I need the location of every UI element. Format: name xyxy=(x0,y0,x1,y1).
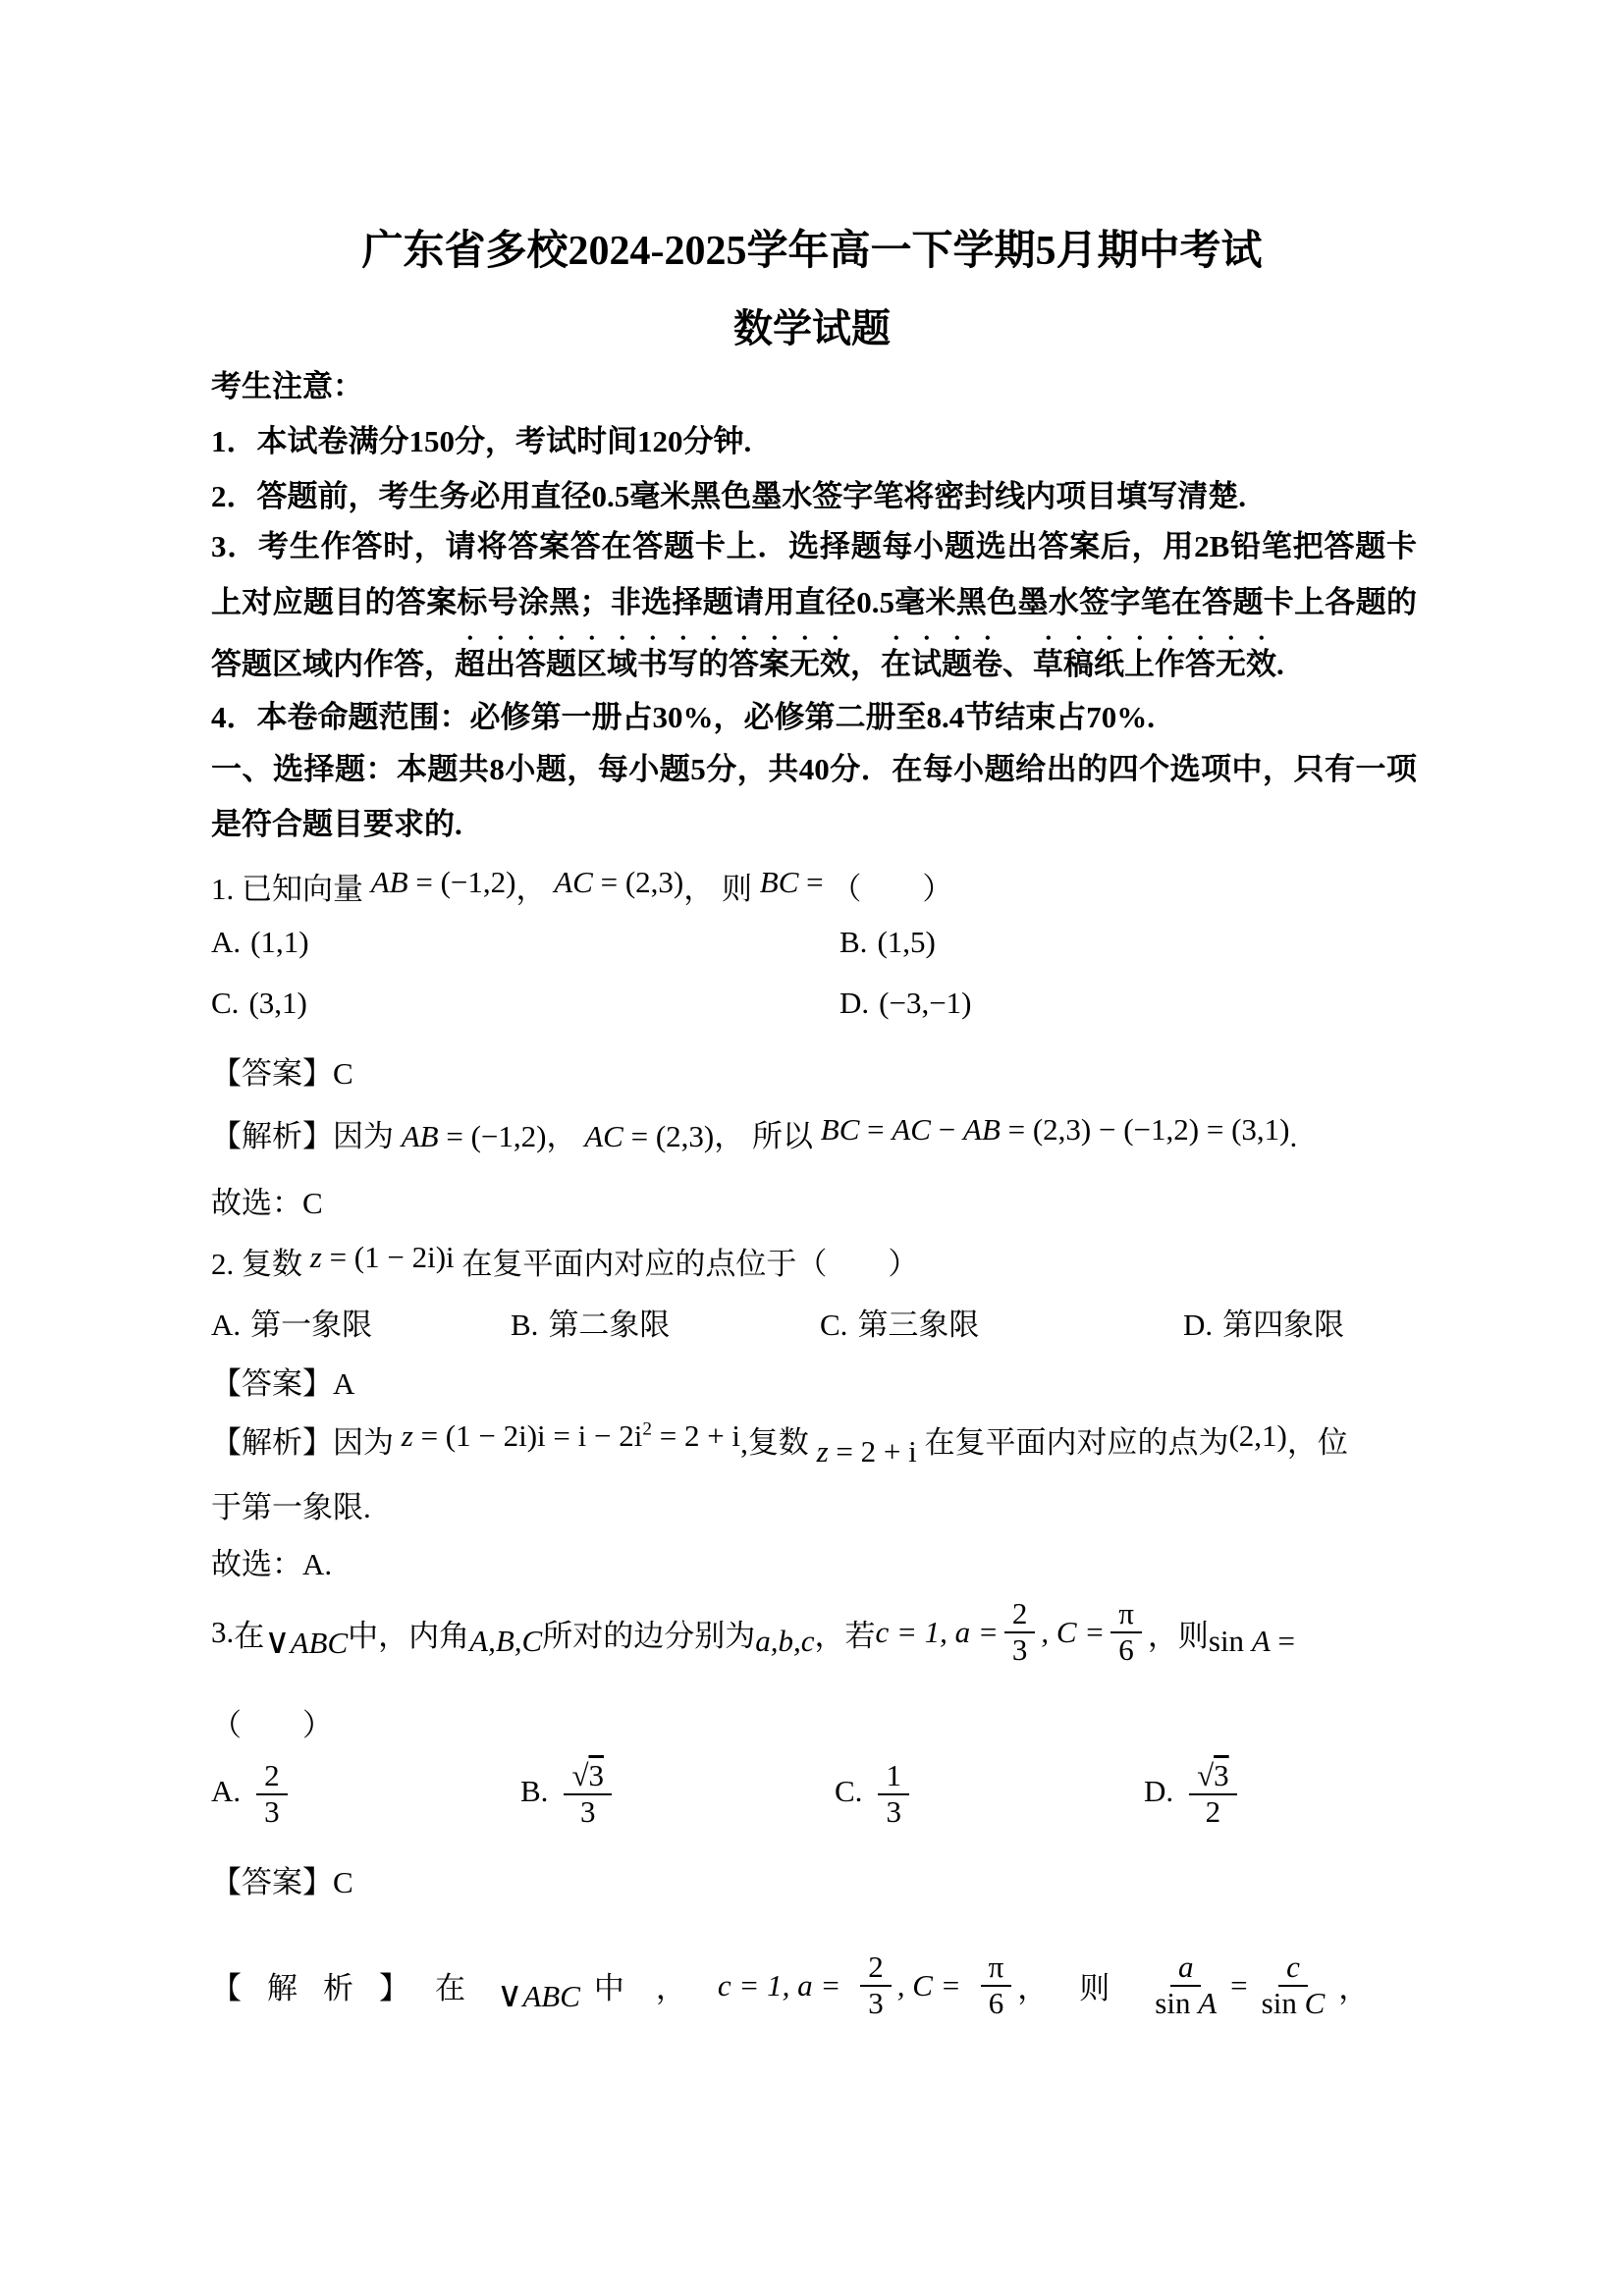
section-1-heading: 一、选择题：本题共8小题，每小题5分，共40分．在每小题给出的四个选项中，只有一… xyxy=(211,742,1417,852)
q3-options-row: A.23 B.√33 C.13 D.√32 xyxy=(211,1759,1417,1857)
q1-math-ac: AC xyxy=(554,865,593,899)
q1-options-row-1: A.(1,1) B.(1,5) xyxy=(211,925,1417,993)
page-title: 广东省多校2024-2025学年高一下学期5月期中考试 xyxy=(0,218,1624,277)
q1-choose-line: 故选：C xyxy=(211,1178,1417,1222)
q3-option-a: A.23 xyxy=(211,1759,294,1829)
q3-answer-line: 【答案】C xyxy=(211,1857,1417,1901)
q1-analysis-because: 因为 xyxy=(333,1119,394,1153)
q2-option-a: A.第一象限 xyxy=(211,1300,372,1344)
q3-fraction-c: π6 xyxy=(1110,1597,1142,1667)
exam-document-page: 广东省多校2024-2025学年高一下学期5月期中考试 数学试题 考生注意： 1… xyxy=(0,0,1624,2296)
q3-option-b: B.√33 xyxy=(520,1759,618,1829)
q1-analysis-tag: 【解析】 xyxy=(211,1119,333,1153)
q2-answer-tag: 【答案】 xyxy=(211,1366,333,1401)
q2-option-c: C.第三象限 xyxy=(820,1300,979,1344)
notice-item-4: 4．本卷命题范围：必修第一册占30%，必修第二册至8.4节结束占70%. xyxy=(211,692,1417,736)
q3-sine-fraction-a: asin A xyxy=(1147,1950,1224,2020)
q1-math-ac-val: = (2,3) xyxy=(593,865,683,899)
notice-item-3-emphasis-3: 草稿纸上作答无效 xyxy=(1033,647,1276,681)
q1-number: 1. xyxy=(211,872,234,906)
notice-item-3-emphasis-2: 在试题卷 xyxy=(881,647,1002,681)
radical-sign: √ xyxy=(1197,1758,1214,1792)
q3-analysis-tag: 【解析】 xyxy=(211,1963,435,2007)
q1-math-ab-val: = (−1,2) xyxy=(408,865,516,899)
q3-number: 3. xyxy=(211,1615,234,1650)
q1-comma-2: ， xyxy=(683,872,714,906)
notice-item-3-sep-1: ， xyxy=(850,647,881,681)
q2-analysis-tag: 【解析】 xyxy=(211,1425,333,1460)
q1-answer-value: C xyxy=(333,1056,353,1091)
notice-item-3-sep-2: 、 xyxy=(1002,647,1033,681)
notice-item-3-emphasis-1: 超出答题区域书写的答案无效 xyxy=(455,647,850,681)
page-subtitle: 数学试题 xyxy=(0,297,1624,353)
q1-answer-line: 【答案】C xyxy=(211,1048,1417,1093)
q1-option-d: D.(−3,−1) xyxy=(839,986,972,1021)
q3-sine-fraction-c: csin C xyxy=(1254,1950,1333,2020)
q3-answer-tag: 【答案】 xyxy=(211,1865,333,1899)
notice-item-3: 3．考生作答时，请将答案答在答题卡上．选择题每小题选出答案后，用2B铅笔把答题卡… xyxy=(211,518,1417,692)
q1-answer-tag: 【答案】 xyxy=(211,1056,333,1091)
q2-analysis-line-2: 于第一象限. xyxy=(211,1482,1417,1526)
notice-item-3-period: . xyxy=(1276,647,1284,681)
q3-answer-paren: （ ） xyxy=(211,1700,1417,1744)
q3-option-d: D.√32 xyxy=(1144,1759,1243,1829)
notice-item-1: 1．本试卷满分150分，考试时间120分钟. xyxy=(211,416,1417,460)
q1-then: 则 xyxy=(722,872,752,906)
q2-math-z: z xyxy=(310,1240,322,1274)
radical-sign: √ xyxy=(571,1758,588,1792)
q1-math-ab: AB xyxy=(371,865,408,899)
q2-lead: 复数 xyxy=(242,1247,302,1281)
q2-number: 2. xyxy=(211,1247,234,1281)
q3-triangle-symbol: ∨ xyxy=(264,1622,290,1661)
q1-option-b: B.(1,5) xyxy=(839,925,936,960)
q1-math-bc: BC xyxy=(760,865,799,899)
q2-choose-line: 故选：A. xyxy=(211,1539,1417,1583)
q1-option-c: C.(3,1) xyxy=(211,986,307,1021)
q2-rest: 在复平面内对应的点位于（ ） xyxy=(461,1247,918,1281)
q3-triangle-symbol-2: ∨ xyxy=(497,1975,522,2014)
q1-answer-paren: （ ） xyxy=(831,872,952,906)
notice-item-2: 2．答题前，考生务必用直径0.5毫米黑色墨水签字笔将密封线内项目填写清楚. xyxy=(211,471,1417,515)
q1-comma-1: ， xyxy=(516,872,547,906)
q2-analysis-line-1: 【解析】因为 z = (1 − 2i)i = i − 2i2 = 2 + i,复… xyxy=(211,1417,1417,1462)
q3-answer-value: C xyxy=(333,1865,353,1899)
q1-analysis-so: 所以 xyxy=(752,1119,813,1153)
q2-answer-value: A xyxy=(333,1366,354,1401)
q3-option-c: C.13 xyxy=(835,1759,915,1829)
q2-option-b: B.第二象限 xyxy=(511,1300,670,1344)
notice-heading: 考生注意： xyxy=(211,361,1417,405)
question-3-stem: 3. 在 ∨ABC 中，内角 A,B,C 所对的边分别为 a,b,c ， 若 c… xyxy=(211,1588,1417,1677)
q3-fraction-a: 23 xyxy=(1004,1597,1036,1667)
q1-option-a: A.(1,1) xyxy=(211,925,309,960)
q2-math-z-val: = (1 − 2i)i xyxy=(322,1240,455,1274)
q3-analysis-line: 【解析】 在 ∨ABC 中 ， c = 1, a = 23 , C = π6 ，… xyxy=(211,1939,1417,2032)
q1-analysis-line: 【解析】因为 AB = (−1,2)， AC = (2,3)， 所以 BC = … xyxy=(211,1111,1417,1155)
q1-options-row-2: C.(3,1) D.(−3,−1) xyxy=(211,986,1417,1054)
q1-math-bc-eq: = xyxy=(798,865,823,899)
q1-lead: 已知向量 xyxy=(242,872,363,906)
question-1-stem: 1. 已知向量 AB = (−1,2)， AC = (2,3)， 则 BC = … xyxy=(211,864,1417,908)
question-2-stem: 2. 复数 z = (1 − 2i)i 在复平面内对应的点位于（ ） xyxy=(211,1239,1417,1283)
q2-option-d: D.第四象限 xyxy=(1183,1300,1344,1344)
q2-answer-line: 【答案】A xyxy=(211,1359,1417,1403)
